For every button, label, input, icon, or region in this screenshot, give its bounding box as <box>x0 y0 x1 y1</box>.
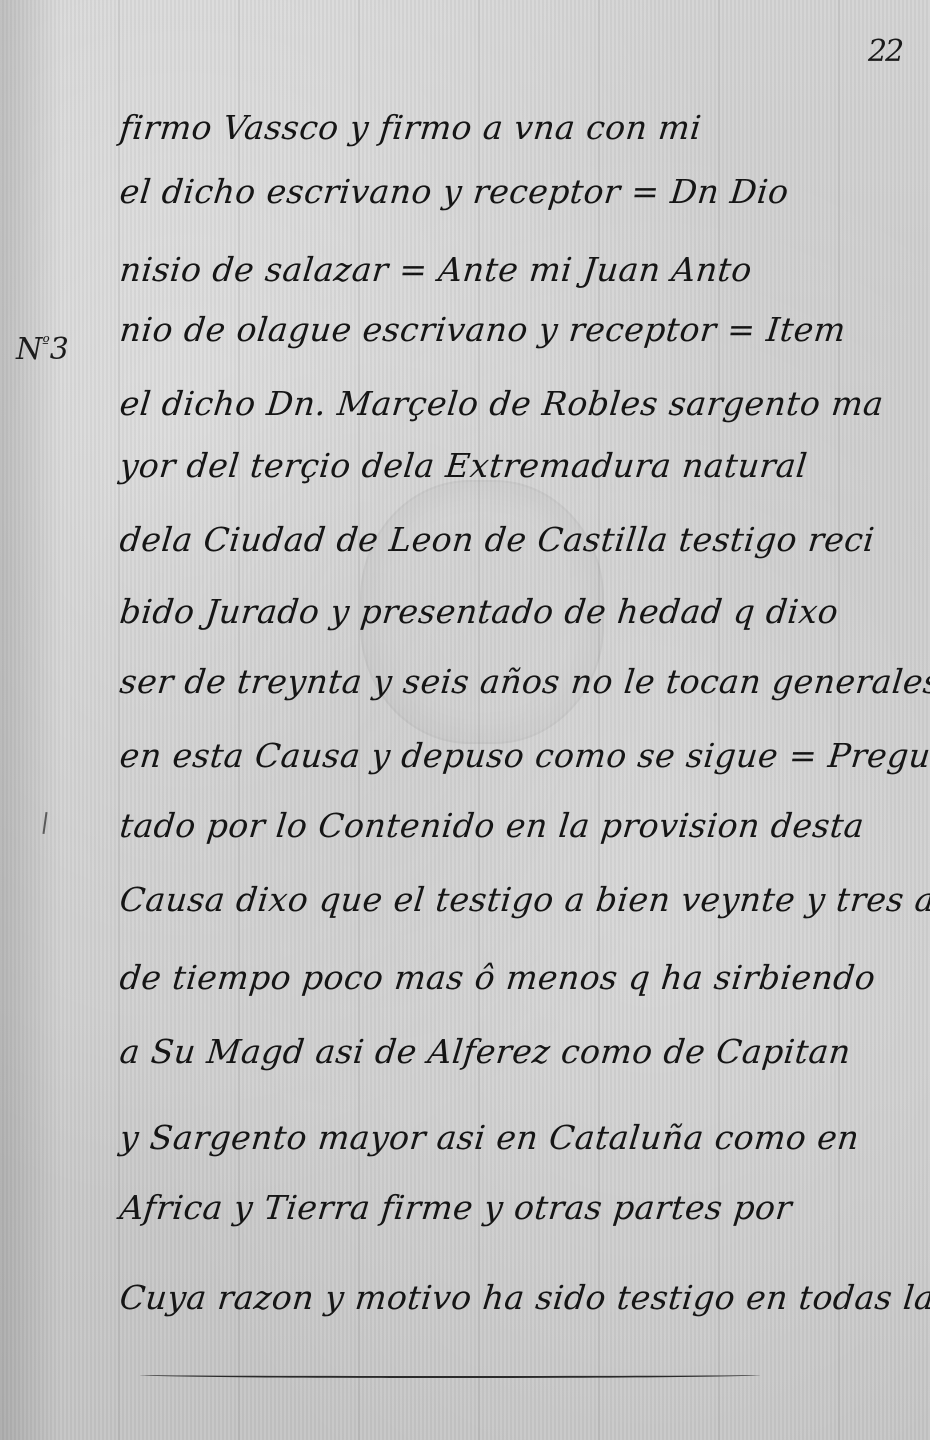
manuscript-line: ser de treynta y seis años no le tocan g… <box>118 662 930 701</box>
manuscript-line: Africa y Tierra firme y otras partes por <box>118 1188 794 1227</box>
manuscript-line: tado por lo Contenido en la provision de… <box>118 806 866 845</box>
manuscript-line: el dicho escrivano y receptor = Dn Dio <box>118 172 791 211</box>
manuscript-line: en esta Causa y depuso como se sigue = P… <box>118 736 930 775</box>
binding-shadow <box>0 0 60 1440</box>
manuscript-line: firmo Vassco y firmo a vna con mi <box>118 108 703 147</box>
manuscript-line: Cuya razon y motivo ha sido testigo en t… <box>118 1278 930 1317</box>
manuscript-line: nio de olague escrivano y receptor = Ite… <box>118 310 848 349</box>
manuscript-line: bido Jurado y presentado de hedad q dixo <box>118 592 840 631</box>
manuscript-line: yor del terçio dela Extremadura natural <box>118 446 809 485</box>
margin-note-number: 3 <box>50 332 69 367</box>
manuscript-line: y Sargento mayor asi en Cataluña como en <box>118 1118 861 1157</box>
margin-note-base: N <box>16 332 42 367</box>
manuscript-page: 22 Nº3 firmo Vassco y firmo a vna con mi… <box>0 0 930 1440</box>
manuscript-line: de tiempo poco mas ô menos q ha sirbiend… <box>118 958 878 997</box>
manuscript-body: firmo Vassco y firmo a vna con mi el dic… <box>120 0 880 1440</box>
margin-note-sup: º <box>42 333 50 352</box>
manuscript-line: el dicho Dn. Marçelo de Robles sargento … <box>118 384 886 423</box>
manuscript-line: nisio de salazar = Ante mi Juan Anto <box>118 250 754 289</box>
manuscript-line: Causa dixo que el testigo a bien veynte … <box>118 880 930 919</box>
closing-flourish-line <box>140 1372 760 1378</box>
manuscript-line: a Su Magd asi de Alferez como de Capitan <box>118 1032 853 1071</box>
manuscript-line: dela Ciudad de Leon de Castilla testigo … <box>118 520 877 559</box>
margin-note: Nº3 <box>16 332 69 367</box>
